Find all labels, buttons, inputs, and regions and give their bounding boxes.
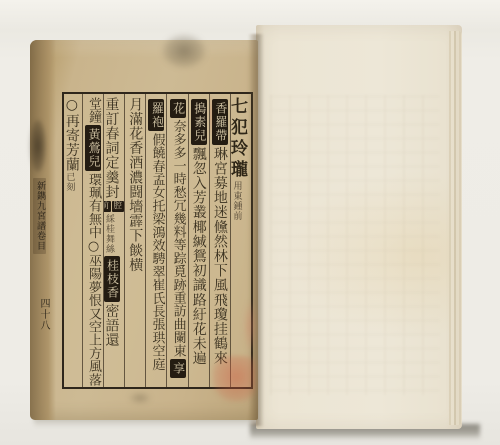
ink-smudge [128,392,152,404]
text-column: 重訂春詞定羹封前腔綵桂舞絲桂枝香密語還 [103,94,124,387]
ink-smudge [30,120,46,172]
tune-cartouche: 黃鶯兒 [85,125,101,171]
ink-smudge [162,34,206,68]
text-column: ○再寄芳蘭已刻 [61,94,82,387]
tune-cartouche: 花 [170,99,186,118]
page-number: 四十八 [36,298,51,331]
small-annotation: 已刻 [64,172,74,192]
text-columns: 七犯玲瓏用東鍾前香羅帶琳宮募地迷儵然林下風飛瓊挂鶴來搗素兒飄忽入芳叢椰緘鴛初識路… [64,94,251,387]
bleedthrough-text [270,95,440,395]
column-text: 月滿花香酒濃闘墻霹下餤横 [127,97,143,272]
text-column: 月滿花香酒濃闘墻霹下餤横 [124,94,145,387]
vermilion-stain [243,300,257,352]
small-annotation: 綵桂舞絲 [104,214,114,254]
text-column: 羅袍假饒春孟女托梁鴻效騁翠崔氏長張珙空庭 [145,94,166,387]
tune-cartouche: 腔 [112,201,124,212]
column-text: 假饒春孟女托梁鴻效騁翠崔氏長張珙空庭 [149,133,164,371]
tune-cartouche: 前 [103,201,111,212]
paired-cartouche: 前腔 [103,201,124,212]
text-column: 搗素兒飄忽入芳叢椰緘鴛初識路紆花未遍木紅 [188,94,209,387]
tune-cartouche: 搗素兒 [191,99,207,145]
title-text: 七犯玲瓏 [230,97,247,181]
small-annotation: 用東鍾前 [232,181,242,221]
column-text: 琳宮募地迷儵然林下風飛瓊挂鶴來 [212,147,228,366]
column-text: 重訂春詞定羹封 [104,97,120,199]
tune-cartouche: 桂枝香 [104,256,120,302]
text-column: 堂鐘黃鶯兒環珮有無中○巫陽夢恨又空上方風落夜 [82,94,103,387]
right-page [256,25,462,429]
column-text: 堂鐘 [86,97,101,123]
tune-cartouche: 香羅帶 [212,99,228,145]
column-text: 飄忽入芳叢椰緘鴛初識路紆花未遍 [191,147,207,366]
column-text: 密語還 [104,304,120,348]
photo-background: { "photo": { "subject": "woodblock-print… [0,0,500,445]
banxin-title: 新鐫九宮譜卷目 [33,178,46,254]
column-text: 奈多多一時愁冗幾料等踪覓跡重訪曲闌東 [171,120,186,358]
text-column: 花奈多多一時愁冗幾料等踪覓跡重訪曲闌東享 [166,94,187,387]
vermilion-stain [212,356,256,402]
tune-cartouche: 享 [170,359,186,378]
text-column: 香羅帶琳宮募地迷儵然林下風飛瓊挂鶴來 [209,94,230,387]
column-text: ○再寄芳蘭 [64,97,80,172]
page-edges [449,31,462,425]
page-frame: 七犯玲瓏用東鍾前香羅帶琳宮募地迷儵然林下風飛瓊挂鶴來搗素兒飄忽入芳叢椰緘鴛初識路… [62,92,253,389]
tune-cartouche: 羅袍 [148,99,164,131]
